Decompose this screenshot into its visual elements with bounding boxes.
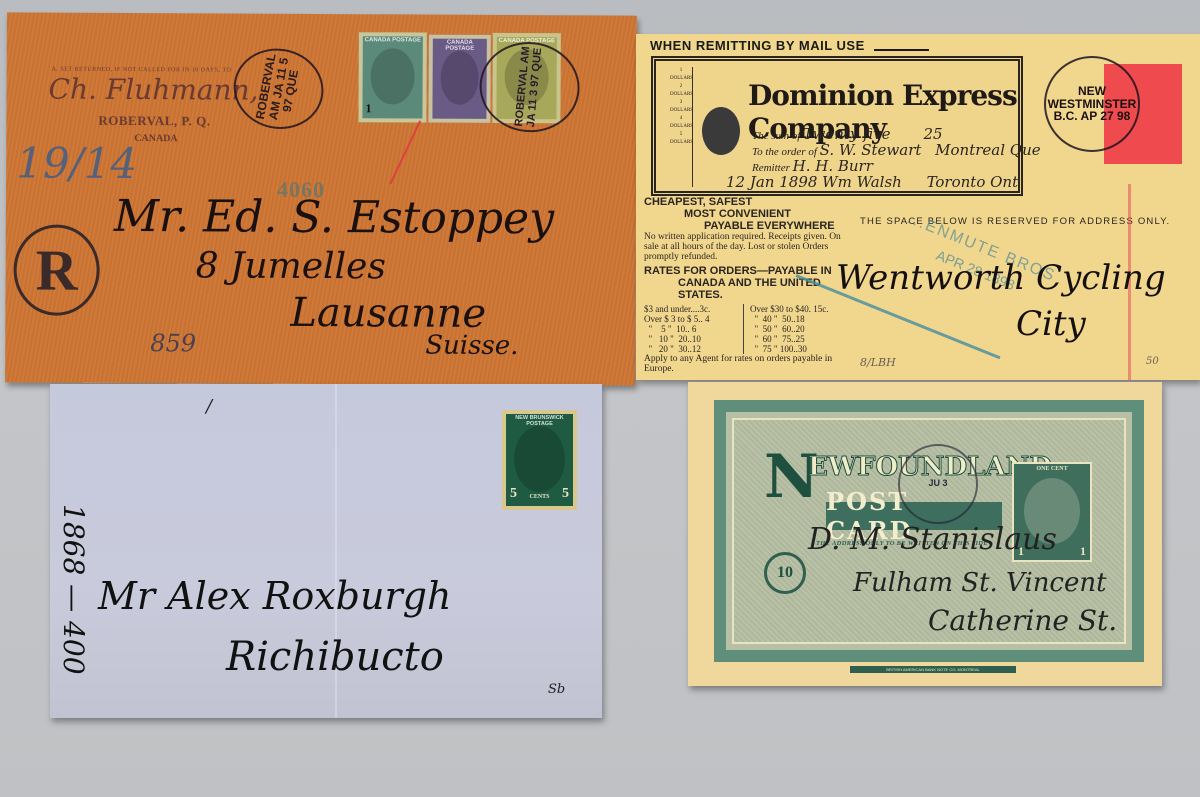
return-city: ROBERVAL, P. Q. (98, 113, 210, 130)
corner-pencil-mark: Sb (548, 682, 565, 697)
queen-portrait-icon (514, 426, 565, 492)
roberval-postmark: ROBERVAL AM JA 11 5 97 QUE (227, 41, 330, 136)
stamp-caption: CANADA POSTAGE (363, 37, 423, 43)
return-name: Ch. Fluhmann, (48, 73, 258, 107)
dollar-column: 1 DOLLARS 2 DOLLARS 3 DOLLARS 4 DOLLARS … (670, 67, 693, 187)
pencil-note: 8/LBH (860, 356, 896, 369)
rates-table: $3 and under....3c. Over $ 3 to $ 5.. 4 … (644, 304, 849, 354)
address-line-1: Mr Alex Roxburgh (98, 574, 451, 618)
new-westminster-postmark: NEW WESTMINSTER B.C. AP 27 98 (1044, 56, 1140, 152)
return-country: CANADA (134, 133, 177, 144)
header-rule (874, 49, 929, 51)
medallion-icon: 10 (764, 552, 806, 594)
company-seal-icon (702, 107, 740, 155)
address-line-3: Catherine St. (928, 604, 1117, 637)
stamp-1-cent-green: CANADA POSTAGE 1 (358, 32, 426, 122)
pencil-price: 50 (1146, 356, 1159, 367)
portrait-oval-icon (440, 51, 478, 105)
dominion-express-card: WHEN REMITTING BY MAIL USE 1 DOLLARS 2 D… (636, 34, 1200, 380)
newfoundland-postmark: JU 3 (898, 444, 978, 524)
money-order-illustration: 1 DOLLARS 2 DOLLARS 3 DOLLARS 4 DOLLARS … (651, 56, 1023, 196)
registration-r-mark: R (13, 224, 99, 315)
address-line-2: Fulham St. Vincent (853, 568, 1107, 598)
pencil-note: 19/14 (16, 138, 137, 188)
pencil-number: 859 (150, 329, 196, 357)
side-docket: 1868 — 400 (57, 504, 90, 675)
address-line-4: Suisse. (425, 331, 518, 361)
red-crayon-mark (389, 120, 421, 184)
address-line-1: Mr. Ed. S. Estoppey (114, 191, 554, 244)
card-header: WHEN REMITTING BY MAIL USE (650, 38, 865, 53)
blue-folded-letter: / NEW BRUNSWICK POSTAGE 5 CENTS 5 1868 —… (50, 384, 602, 718)
new-brunswick-5-cent-stamp: NEW BRUNSWICK POSTAGE 5 CENTS 5 (502, 410, 577, 510)
portrait-oval-icon (370, 48, 414, 104)
address-line-1: Wentworth Cycling (836, 258, 1166, 298)
date-row: 12 Jan 1898 Wm Walsh Toronto Ont (726, 173, 1018, 191)
address-line-2: Richibucto (226, 634, 444, 680)
address-line-2: City (1016, 304, 1086, 344)
printer-imprint: BRITISH AMERICAN BANK NOTE CO. MONTREAL (850, 666, 1016, 673)
address-line-2: 8 Jumelles (196, 245, 386, 287)
tick-mark: / (206, 396, 212, 417)
stamp-value: 1 (365, 101, 371, 116)
address-line-1: D. M. Stanislaus (808, 522, 1057, 557)
newfoundland-post-card: N EWFOUNDLAND POST CARD THE ADDRESS ONLY… (688, 382, 1162, 686)
stamp-caption: CANADA POSTAGE (433, 40, 487, 52)
registered-cover-roberval: A. SET RETURNED, IF NOT CALLED FOR IN 10… (5, 12, 637, 385)
